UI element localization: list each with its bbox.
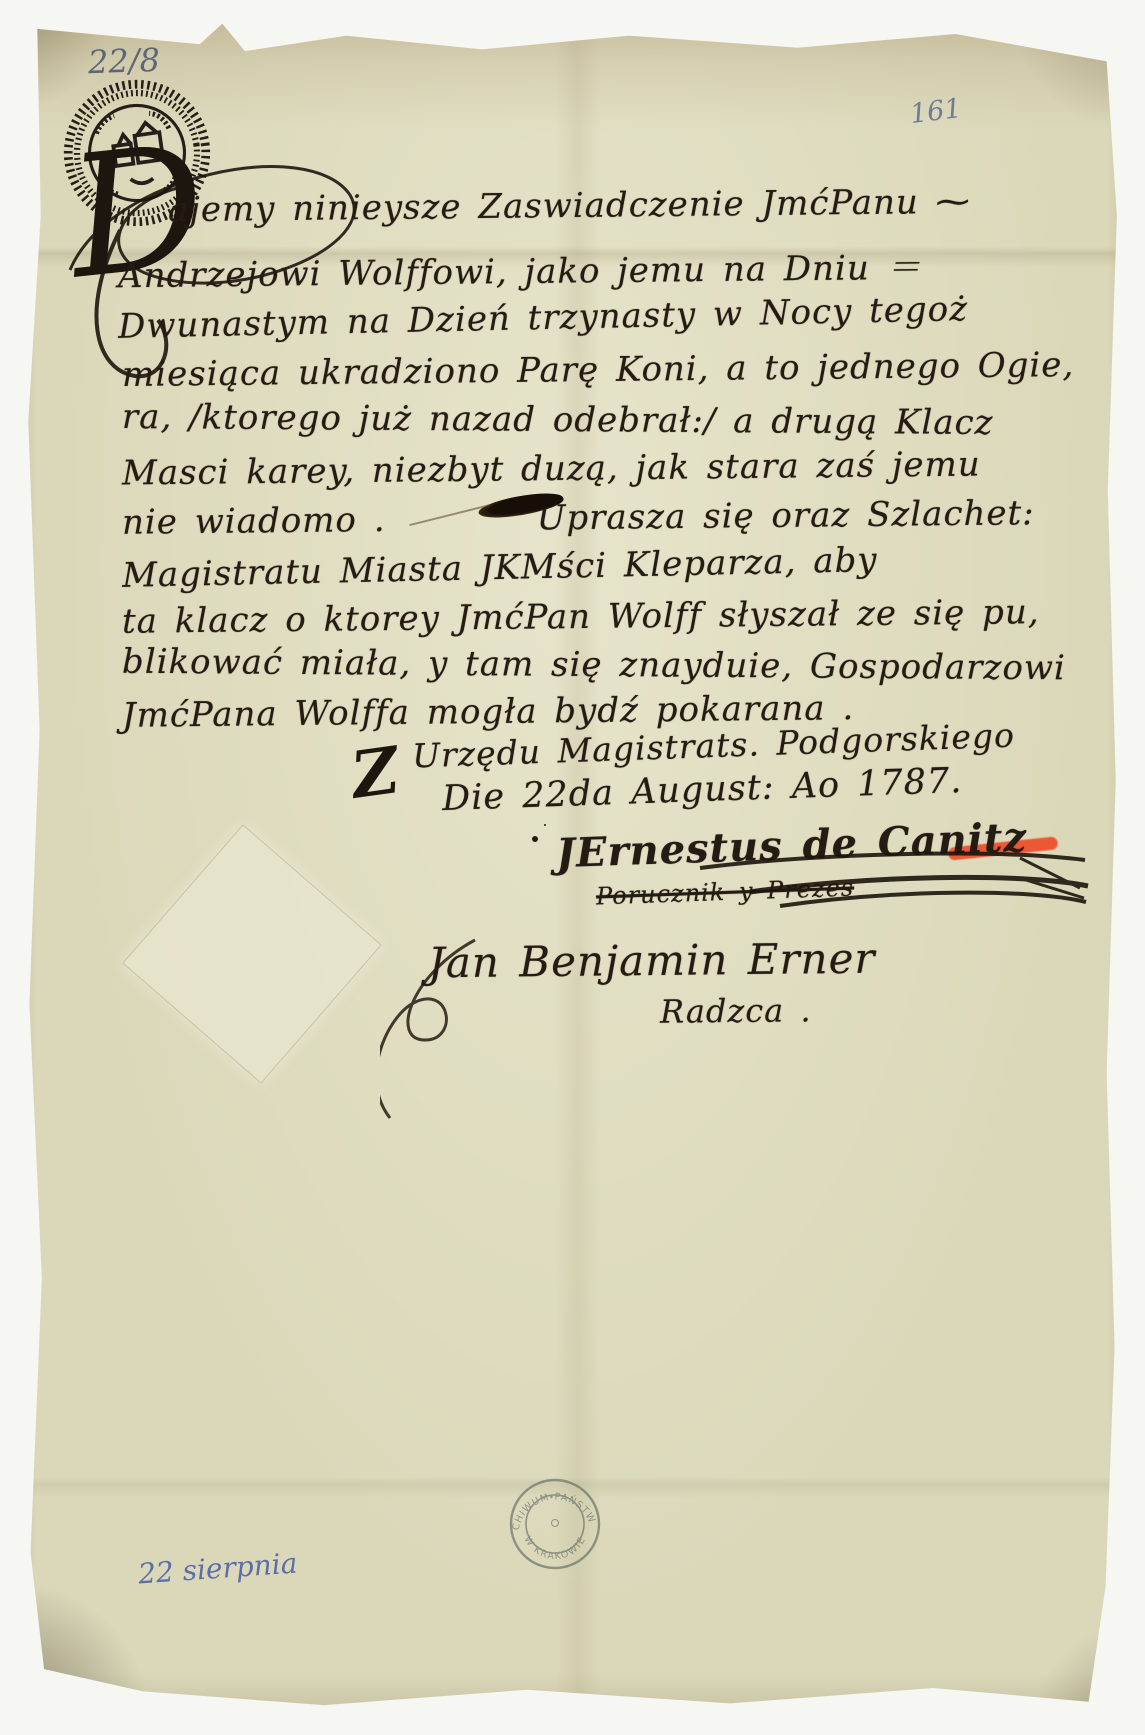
page-number-note: 161 <box>908 93 963 130</box>
closing-initial: Z <box>348 739 403 809</box>
manuscript-line: Andrzejowi Wolffowi, jako jemu na Dniu ＝ <box>118 240 922 297</box>
ink-splatter <box>532 836 538 842</box>
manuscript-line: blikować miała, y tam się znayduie, Gosp… <box>122 642 1066 689</box>
scanned-document: 22/8 161 D ajemy ninieysze Zaswiadczenie… <box>0 0 1145 1735</box>
archive-stamp: ⬩ARCHIWUM⬩PAŃSTWOWE W KRAKOWIE <box>505 1474 605 1574</box>
svg-text:W KRAKOWIE: W KRAKOWIE <box>521 1534 588 1562</box>
signature-title-erner: Radzca . <box>660 991 812 1031</box>
manuscript-line: ra, /ktorego już nazad odebrał:/ a drugą… <box>122 397 994 443</box>
signature-flourish <box>380 920 640 1120</box>
archive-stamp-bottom-text: W KRAKOWIE <box>521 1534 588 1562</box>
archival-number-note: 22/8 <box>87 41 160 81</box>
manuscript-line: ajemy ninieysze Zaswiadczenie JmćPanu ⁓ <box>168 182 971 230</box>
strikethrough-scribble <box>690 846 1090 926</box>
